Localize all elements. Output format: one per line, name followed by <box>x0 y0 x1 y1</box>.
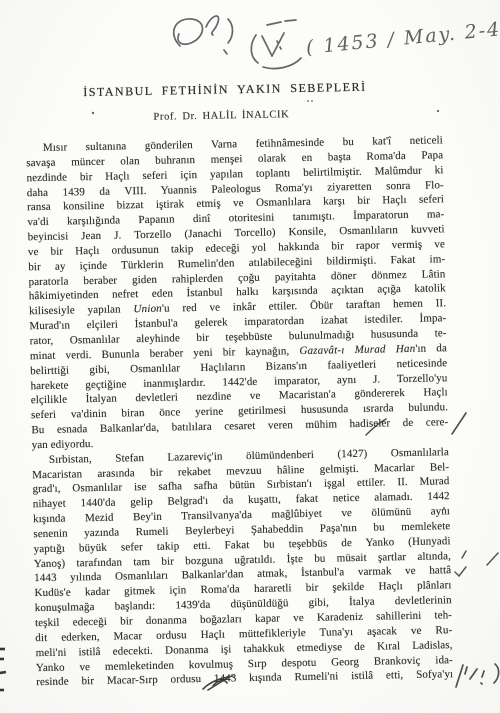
scanned-document-page: İSTANBUL FETHİNİN YAKIN SEBEPLERİ Prof. … <box>0 0 500 713</box>
paragraph: Mısır sultanına gönderilen Varna fetihnâ… <box>26 133 449 453</box>
body-text: Mısır sultanına gönderilen Varna fetihnâ… <box>26 133 453 690</box>
page-content: İSTANBUL FETHİNİN YAKIN SEBEPLERİ Prof. … <box>0 0 500 713</box>
article-author: Prof. Dr. HALİL İNALCIK <box>0 106 447 126</box>
article-title: İSTANBUL FETHİNİN YAKIN SEBEPLERİ <box>0 78 455 102</box>
paragraph: Sırbistan, Stefan Lazareviç'in ölümünden… <box>32 445 453 690</box>
